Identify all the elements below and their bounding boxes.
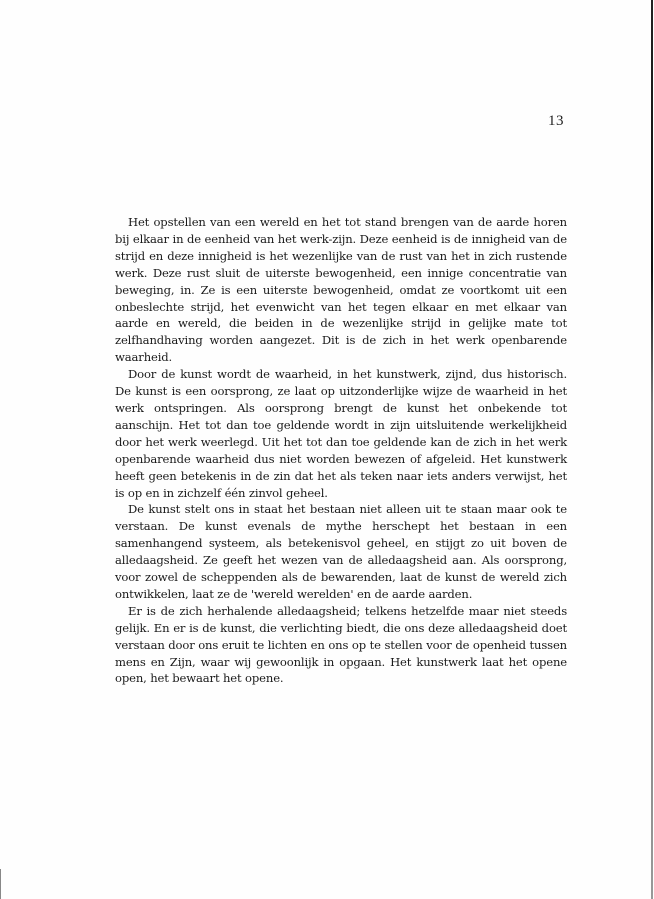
paragraph: Door de kunst wordt de waarheid, in het … <box>115 366 567 501</box>
scan-page-edge-left <box>0 869 1 899</box>
paragraph: Het opstellen van een wereld en het tot … <box>115 214 567 366</box>
page-number: 13 <box>548 113 564 130</box>
paragraph: De kunst stelt ons in staat het bestaan … <box>115 501 567 602</box>
body-text: Het opstellen van een wereld en het tot … <box>115 214 567 687</box>
scan-page-edge <box>651 0 653 899</box>
paragraph: Er is de zich herhalende alledaagsheid; … <box>115 603 567 688</box>
